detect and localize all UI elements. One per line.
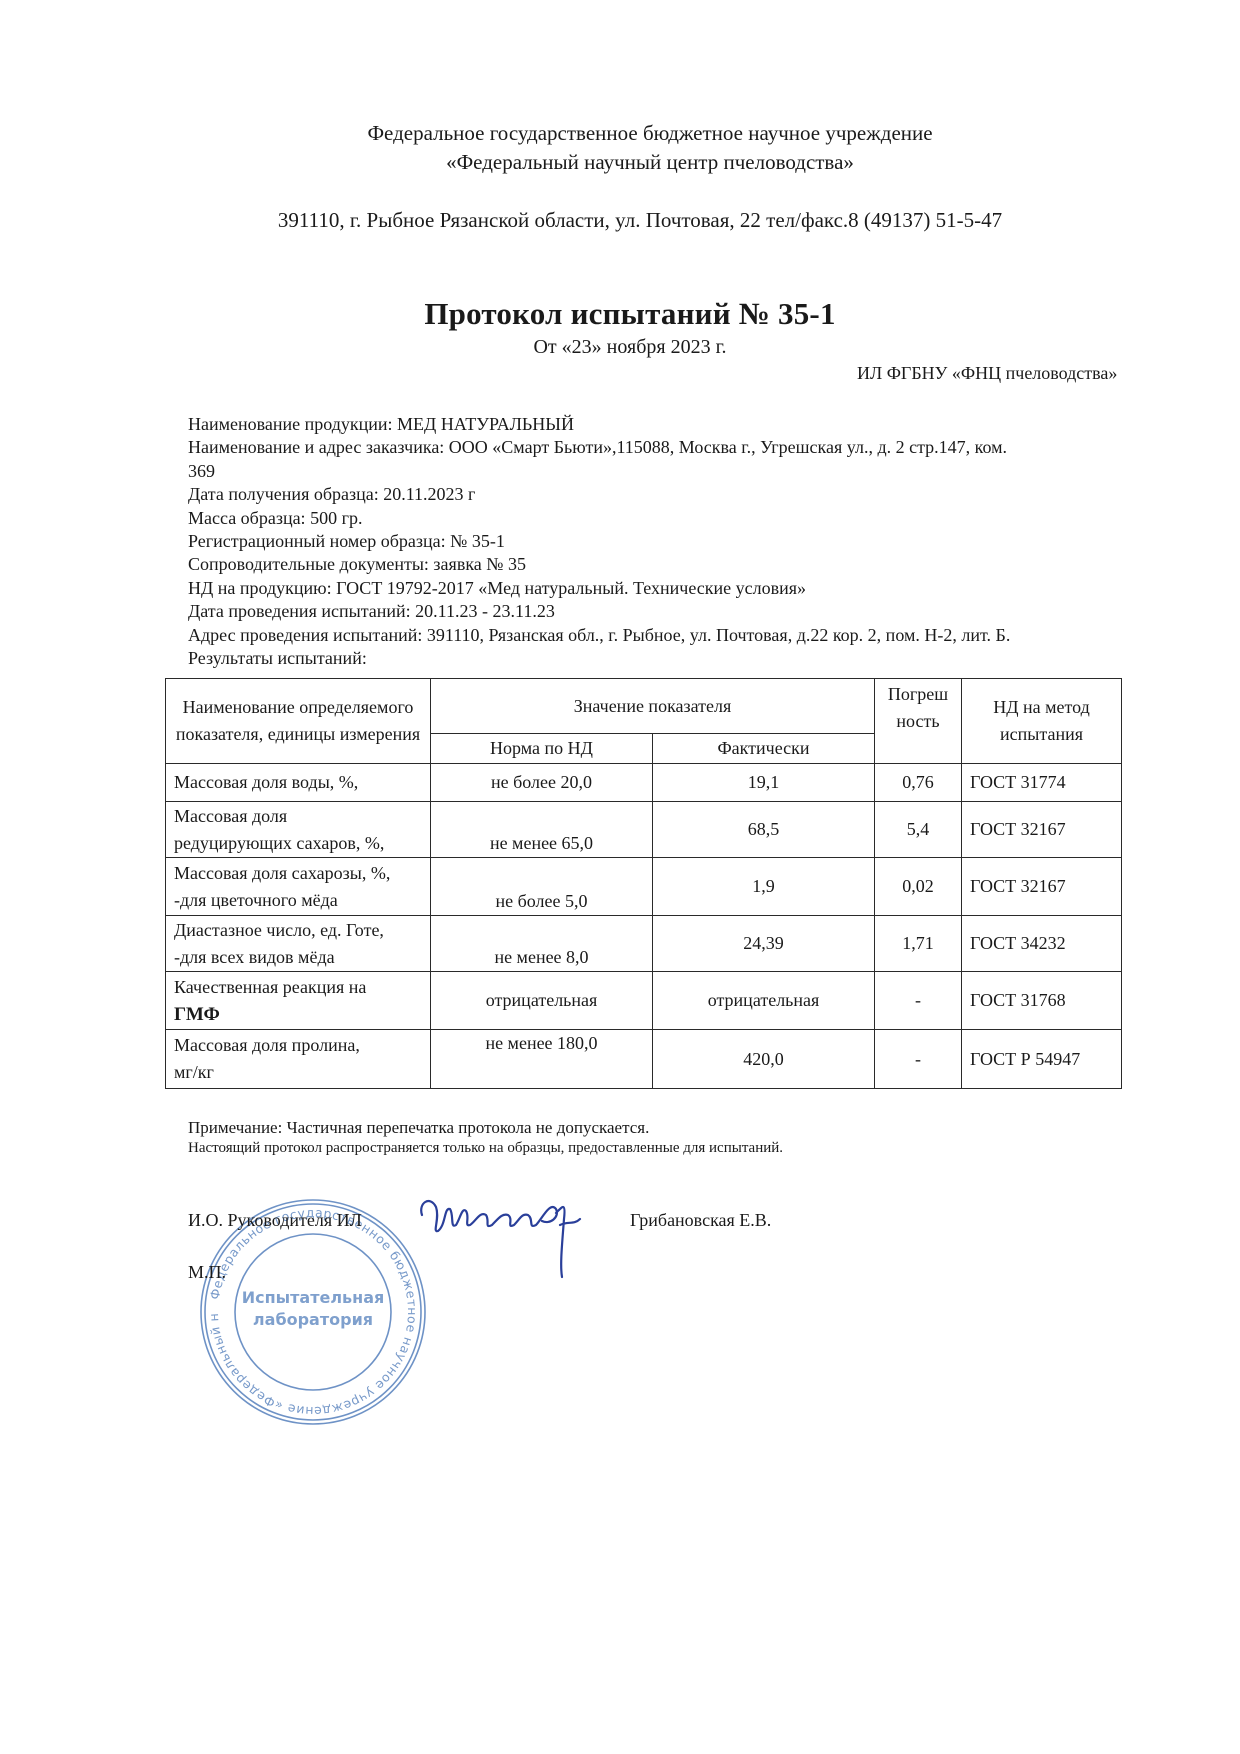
nd-product: НД на продукцию: ГОСТ 19792-2017 «Мед на… — [188, 577, 1188, 600]
cell-actual: 420,0 — [653, 1030, 875, 1089]
header-error: Погреш ность — [875, 679, 962, 764]
cell-error: 5,4 — [875, 802, 962, 858]
cell-indicator: Массовая доляредуцирующих сахаров, %, — [166, 802, 431, 858]
sample-info: Наименование продукции: МЕД НАТУРАЛЬНЫЙ … — [188, 413, 1188, 670]
product-name: Наименование продукции: МЕД НАТУРАЛЬНЫЙ — [188, 413, 1188, 436]
cell-norm: не более 20,0 — [431, 764, 653, 802]
cell-method: ГОСТ 34232 — [962, 916, 1122, 972]
cell-indicator: Массовая доля воды, %, — [166, 764, 431, 802]
cell-error: - — [875, 972, 962, 1030]
org-name-line2: «Федеральный научный центр пчеловодства» — [30, 148, 1240, 176]
indicator-line1: Массовая доля — [174, 803, 422, 830]
cell-norm: не менее 8,0 — [431, 916, 653, 972]
cell-indicator: Массовая доля сахарозы, %,-для цветочног… — [166, 858, 431, 916]
header-actual: Фактически — [653, 734, 875, 764]
header-method: НД на метод испытания — [962, 679, 1122, 764]
header-norm: Норма по НД — [431, 734, 653, 764]
cell-method: ГОСТ 31768 — [962, 972, 1122, 1030]
test-dates: Дата проведения испытаний: 20.11.23 - 23… — [188, 600, 1188, 623]
table-row: Диастазное число, ед. Готе,-для всех вид… — [166, 916, 1122, 972]
cell-norm: не менее 180,0 — [431, 1030, 653, 1089]
cell-actual: отрицательная — [653, 972, 875, 1030]
table-row: Массовая доляредуцирующих сахаров, %,не … — [166, 802, 1122, 858]
signer-role: И.О. Руководителя ИЛ — [188, 1210, 362, 1231]
seal-label: М.П. — [188, 1262, 226, 1283]
handwritten-signature — [410, 1185, 610, 1285]
sample-mass: Масса образца: 500 гр. — [188, 507, 1188, 530]
table-row: Качественная реакция наГМФотрицательнаяо… — [166, 972, 1122, 1030]
org-address: 391110, г. Рыбное Рязанской области, ул.… — [20, 208, 1240, 233]
indicator-line2: -для всех видов мёда — [174, 944, 422, 971]
cell-indicator: Диастазное число, ед. Готе,-для всех вид… — [166, 916, 431, 972]
header-indicator: Наименование определяемого показателя, е… — [166, 679, 431, 764]
stamp-center-line2: лаборатория — [253, 1310, 373, 1329]
indicator-line2: редуцирующих сахаров, %, — [174, 830, 422, 857]
documents: Сопроводительные документы: заявка № 35 — [188, 553, 1188, 576]
cell-method: ГОСТ 31774 — [962, 764, 1122, 802]
indicator-line2: мг/кг — [174, 1059, 422, 1086]
note-reprint: Примечание: Частичная перепечатка проток… — [188, 1118, 649, 1138]
cell-indicator: Массовая доля пролина,мг/кг — [166, 1030, 431, 1089]
customer-line2: 369 — [188, 460, 1188, 483]
table-row: Массовая доля сахарозы, %,-для цветочног… — [166, 858, 1122, 916]
indicator-line1: Диастазное число, ед. Готе, — [174, 917, 422, 944]
cell-actual: 68,5 — [653, 802, 875, 858]
cell-error: 1,71 — [875, 916, 962, 972]
cell-norm: не менее 65,0 — [431, 802, 653, 858]
indicator-line1: Массовая доля сахарозы, %, — [174, 860, 422, 887]
table-row: Массовая доля воды, %,не более 20,019,10… — [166, 764, 1122, 802]
lab-name: ИЛ ФГБНУ «ФНЦ пчеловодства» — [857, 363, 1117, 384]
cell-actual: 24,39 — [653, 916, 875, 972]
indicator-line1: Массовая доля воды, %, — [174, 769, 422, 796]
reg-number: Регистрационный номер образца: № 35-1 — [188, 530, 1188, 553]
indicator-line2: ГМФ — [174, 1001, 422, 1028]
indicator-line1: Массовая доля пролина, — [174, 1032, 422, 1059]
results-table: Наименование определяемого показателя, е… — [165, 678, 1122, 1089]
stamp-center-line1: Испытательная — [242, 1288, 385, 1307]
note-scope: Настоящий протокол распространяется толь… — [188, 1140, 783, 1157]
cell-error: - — [875, 1030, 962, 1089]
received-date: Дата получения образца: 20.11.2023 г — [188, 483, 1188, 506]
page-title: Протокол испытаний № 35-1 — [10, 296, 1240, 332]
header-value-group: Значение показателя — [431, 679, 875, 734]
cell-error: 0,76 — [875, 764, 962, 802]
customer-line1: Наименование и адрес заказчика: ООО «Сма… — [188, 436, 1188, 459]
cell-actual: 1,9 — [653, 858, 875, 916]
cell-norm: не более 5,0 — [431, 858, 653, 916]
cell-method: ГОСТ 32167 — [962, 858, 1122, 916]
protocol-date: От «23» ноября 2023 г. — [10, 336, 1240, 359]
indicator-line2: -для цветочного мёда — [174, 887, 422, 914]
cell-method: ГОСТ Р 54947 — [962, 1030, 1122, 1089]
results-label: Результаты испытаний: — [188, 647, 1188, 670]
cell-error: 0,02 — [875, 858, 962, 916]
signer-name: Грибановская Е.В. — [630, 1210, 771, 1231]
test-address: Адрес проведения испытаний: 391110, Ряза… — [188, 624, 1188, 647]
org-name-line1: Федеральное государственное бюджетное на… — [30, 119, 1240, 147]
cell-norm: отрицательная — [431, 972, 653, 1030]
cell-indicator: Качественная реакция наГМФ — [166, 972, 431, 1030]
cell-actual: 19,1 — [653, 764, 875, 802]
cell-method: ГОСТ 32167 — [962, 802, 1122, 858]
table-row: Массовая доля пролина,мг/кгне менее 180,… — [166, 1030, 1122, 1089]
indicator-line1: Качественная реакция на — [174, 974, 422, 1001]
